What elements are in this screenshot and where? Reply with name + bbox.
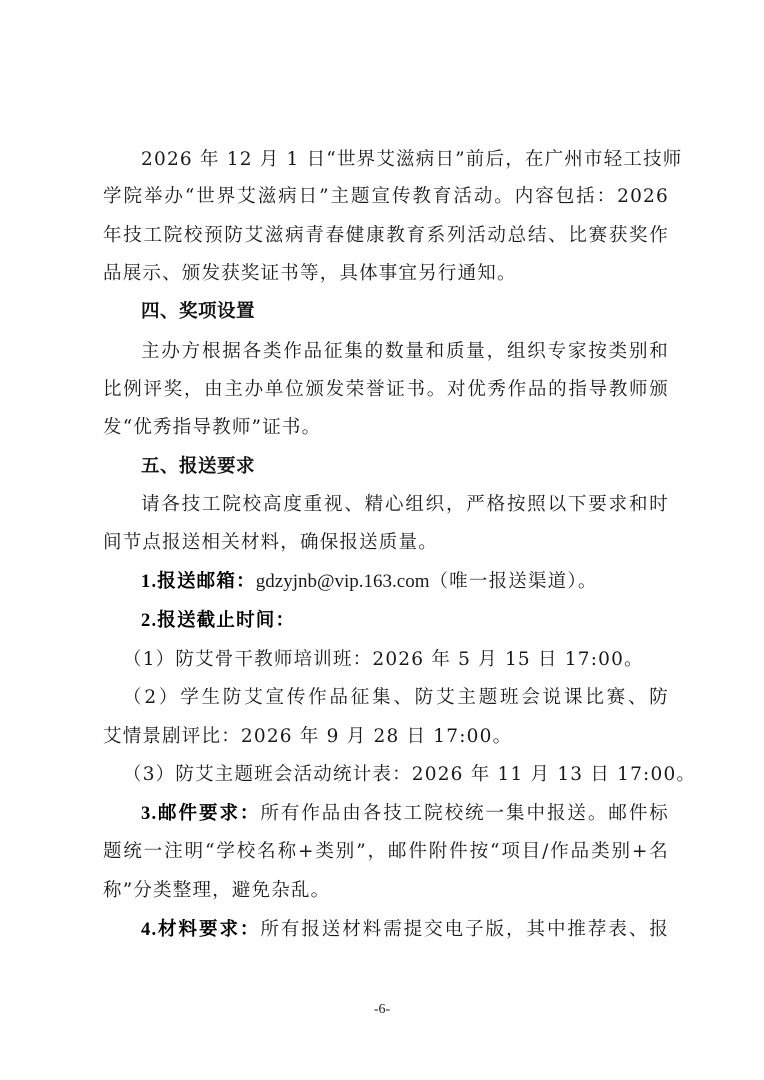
item-1-label: 1.报送邮箱： [141, 572, 256, 592]
item-3-line-3: 称”分类整理，避免杂乱。 [103, 872, 669, 910]
item-2-heading-line: 2.报送截止时间： [103, 602, 669, 640]
item-4-line-1: 4.材料要求：所有报送材料需提交电子版，其中推荐表、报 [103, 911, 669, 949]
item-3-line-2: 题统一注明“学校名称+类别”，邮件附件按“项目/作品类别+名 [103, 833, 669, 871]
item-2-label: 2.报送截止时间： [141, 611, 295, 631]
page-number: -6- [0, 1002, 764, 1018]
deadline-1: （1）防艾骨干教师培训班：2026 年 5 月 15 日 17:00。 [103, 641, 669, 679]
item-3-line-1: 3.邮件要求：所有作品由各技工院校统一集中报送。邮件标 [103, 795, 669, 833]
intro-line-1: 2026 年 12 月 1 日“世界艾滋病日”前后，在广州市轻工技师 [103, 141, 669, 179]
section-5-heading: 五、报送要求 [103, 448, 669, 486]
item-4-label: 4.材料要求： [141, 920, 260, 940]
section-5-intro-line-1: 请各技工院校高度重视、精心组织，严格按照以下要求和时 [103, 486, 669, 524]
section-4-line-2: 比例评奖，由主办单位颁发荣誉证书。对优秀作品的指导教师颁 [103, 371, 669, 409]
deadline-2: （2）学生防艾宣传作品征集、防艾主题班会说课比赛、防 [103, 679, 669, 717]
deadline-3: （3）防艾主题班会活动统计表：2026 年 11 月 13 日 17:00。 [103, 756, 669, 794]
item-3-text: 所有作品由各技工院校统一集中报送。邮件标 [260, 803, 669, 824]
deadline-2-continued: 艾情景剧评比：2026 年 9 月 28 日 17:00。 [103, 718, 669, 756]
submission-email: gdzyjnb@vip.163.com [256, 571, 430, 592]
item-1-note: （唯一报送渠道）。 [429, 571, 597, 592]
item-4-text: 所有报送材料需提交电子版，其中推荐表、报 [260, 919, 669, 940]
document-page: 2026 年 12 月 1 日“世界艾滋病日”前后，在广州市轻工技师 学院举办“… [0, 0, 764, 1080]
intro-line-4: 品展示、颁发获奖证书等，具体事宜另行通知。 [103, 255, 669, 293]
intro-line-2: 学院举办“世界艾滋病日”主题宣传教育活动。内容包括：2026 [103, 178, 669, 216]
section-4-line-3: 发“优秀指导教师”证书。 [103, 409, 669, 447]
section-4-line-1: 主办方根据各类作品征集的数量和质量，组织专家按类别和 [103, 333, 669, 371]
section-5-intro-line-2: 间节点报送相关材料，确保报送质量。 [103, 524, 669, 562]
item-1-email-line: 1.报送邮箱：gdzyjnb@vip.163.com（唯一报送渠道）。 [103, 563, 669, 601]
section-4-heading: 四、奖项设置 [103, 293, 669, 331]
intro-line-3: 年技工院校预防艾滋病青春健康教育系列活动总结、比赛获奖作 [103, 217, 669, 255]
item-3-label: 3.邮件要求： [141, 804, 260, 824]
